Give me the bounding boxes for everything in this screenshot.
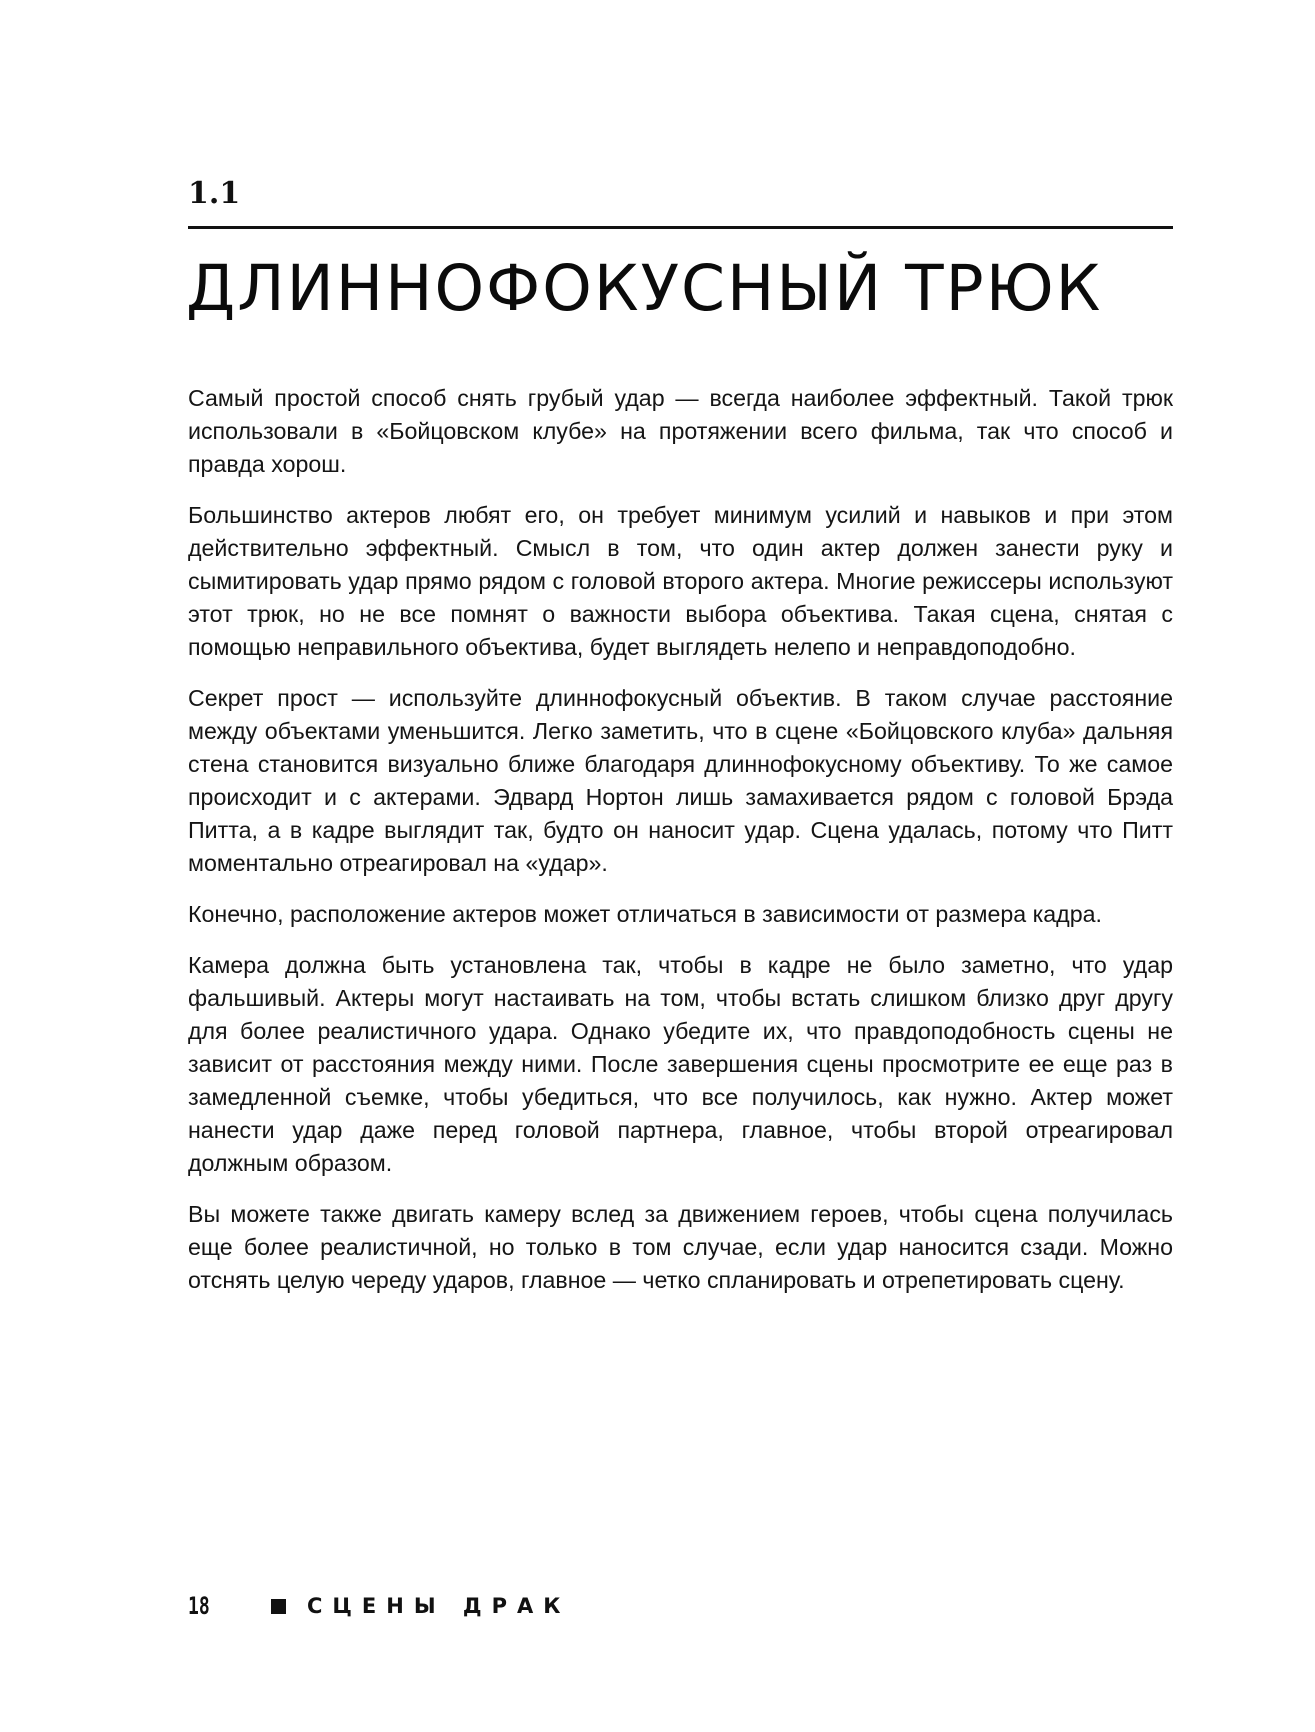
- paragraph: Конечно, расположение актеров может отли…: [188, 898, 1173, 931]
- paragraph: Секрет прост — используйте длиннофокусны…: [188, 682, 1173, 880]
- section-number: 1.1: [188, 176, 240, 211]
- page-number: 18: [188, 1592, 233, 1620]
- paragraph: Большинство актеров любят его, он требуе…: [188, 499, 1173, 664]
- running-head: СЦЕНЫ ДРАК: [307, 1594, 570, 1618]
- heading-rule: [188, 226, 1173, 229]
- section-title: ДЛИННОФОКУСНЫЙ ТРЮК: [186, 252, 1102, 325]
- body-text: Самый простой способ снять грубый удар —…: [188, 382, 1173, 1315]
- page-footer: 18 СЦЕНЫ ДРАК: [188, 1592, 570, 1620]
- paragraph: Камера должна быть установлена так, чтоб…: [188, 949, 1173, 1180]
- book-page: 1.1 ДЛИННОФОКУСНЫЙ ТРЮК Самый простой сп…: [0, 0, 1315, 1732]
- paragraph: Вы можете также двигать камеру вслед за …: [188, 1198, 1173, 1297]
- black-square-icon: [271, 1599, 286, 1614]
- paragraph: Самый простой способ снять грубый удар —…: [188, 382, 1173, 481]
